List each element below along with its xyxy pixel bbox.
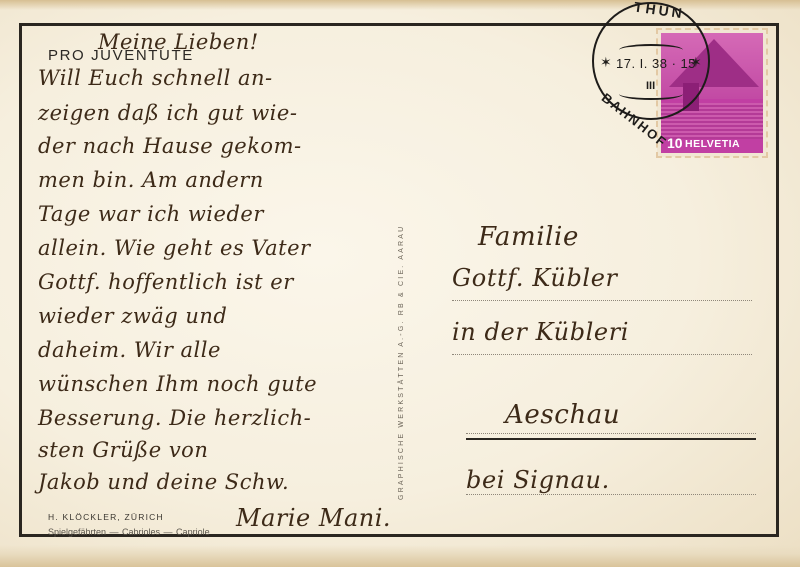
card-caption: Spielgefährten — Cabrioles — Capriole xyxy=(48,527,210,537)
message-line: men bin. Am andern xyxy=(38,168,264,192)
message-line: der nach Hause gekom- xyxy=(38,134,302,158)
address-solid-rule xyxy=(466,438,756,440)
message-line: Besserung. Die herzlich- xyxy=(38,406,311,430)
address-line-5: bei Signau. xyxy=(466,466,610,494)
message-line: Gottf. hoffentlich ist er xyxy=(38,270,294,294)
postcard-back: PRO JUVENTUTE GRAPHISCHE WERKSTÄTTEN A.-… xyxy=(0,0,800,567)
address-line-3: in der Kübleri xyxy=(452,318,629,346)
artist-credit: H. KLÖCKLER, ZÜRICH xyxy=(48,512,164,522)
postmark-cancellation: THUN ✶ ✶ 17. I. 38 · 15 III BAHNHOF xyxy=(592,2,710,120)
postmark-star-icon: ✶ xyxy=(600,54,612,71)
address-line-2: Gottf. Kübler xyxy=(452,264,618,292)
printer-imprint: GRAPHISCHE WERKSTÄTTEN A.-G. RB & CIE. A… xyxy=(398,60,410,500)
postmark-code: III xyxy=(646,80,655,92)
address-dotted-line xyxy=(466,494,756,495)
message-line: Tage war ich wieder xyxy=(38,202,264,226)
message-line: wünschen Ihm noch gute xyxy=(38,372,317,396)
message-line: sten Grüße von xyxy=(38,438,208,462)
postmark-date: 17. I. 38 · 15 xyxy=(616,56,696,71)
address-dotted-line xyxy=(452,300,752,301)
message-line: zeigen daß ich gut wie- xyxy=(38,101,297,125)
message-line: Jakob und deine Schw. xyxy=(38,470,289,494)
bottom-edge-stain xyxy=(0,545,800,567)
address-line-1: Familie xyxy=(478,222,579,252)
address-line-4: Aeschau xyxy=(505,400,620,430)
message-line: daheim. Wir alle xyxy=(38,338,221,362)
message-line: Meine Lieben! xyxy=(98,30,259,54)
address-dotted-line xyxy=(466,433,756,434)
stamp-country: HELVETIA xyxy=(685,138,740,150)
address-dotted-line xyxy=(452,354,752,355)
message-line: Will Euch schnell an- xyxy=(38,66,273,90)
message-line: wieder zwäg und xyxy=(38,304,227,328)
signature: Marie Mani. xyxy=(236,504,391,532)
postmark-arc xyxy=(619,44,683,56)
message-line: allein. Wie geht es Vater xyxy=(38,236,311,260)
